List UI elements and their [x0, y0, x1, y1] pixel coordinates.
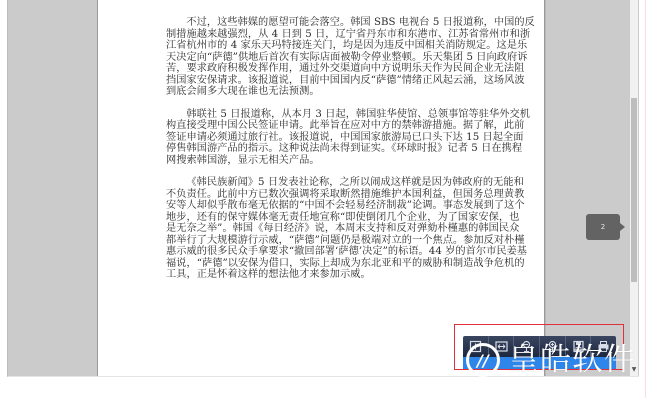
vertical-scrollbar[interactable]: ▼: [630, 0, 638, 376]
text-line: 都举行了大规模游行示威，“萨德”问题仍是极端对立的一个焦点。参加反对朴槿: [166, 235, 482, 247]
text-line: 地步，还有的保守媒体毫无责任地宣称“即使倒闭几个企业，为了国家安保，也: [166, 212, 482, 224]
text-line: 工具，正是怀着这样的想法他才来参加示威。: [166, 269, 482, 281]
text-line: 福说，“萨德”以安保为借口，实际上却成为东北亚和平的威胁和制造战争危机的: [166, 258, 482, 270]
text-line: 惠示威的很多民众手拿要求“撤回部署‘萨德’决定”的标语。44 岁的首尔市民姜基: [166, 246, 482, 258]
page-number-indicator: 2: [586, 214, 620, 240]
document-page: 不过，这些韩媒的愿望可能会落空。韩国 SBS 电视台 5 日报道称，中国的反 制…: [97, 0, 545, 376]
paragraph-2: 韩联社 5 日报道称，从本月 3 日起，韩国驻华使馆、总领事馆等驻华外交机 构直…: [166, 109, 482, 167]
text-line: 不过，这些韩媒的愿望可能会落空。韩国 SBS 电视台 5 日报道称，中国的反: [166, 17, 482, 29]
text-line: 制措施越来越强烈，从 4 日到 5 日，辽宁省丹东市和东港市、江苏省常州市和浙: [166, 29, 482, 41]
text-line: 构直接受理中国公民签证申请。此举旨在应对中方的禁韩游措施。据了解，此前: [166, 120, 482, 132]
text-line: 天决定向“萨德”供地后首次有实际店面被勒令停业整顿。乐天集团 5 日向政府诉: [166, 52, 482, 64]
page-content: 不过，这些韩媒的愿望可能会落空。韩国 SBS 电视台 5 日报道称，中国的反 制…: [166, 17, 482, 292]
text-line: 安等人却似乎散布毫无依据的“中国不会轻易经济制裁”论调。事态发展到了这个: [166, 200, 482, 212]
text-line: 不负责任。此前中方已数次强调将采取断然措施维护本国利益，但国务总理黄教: [166, 189, 482, 201]
text-line: 网搜索韩国游，显示无相关产品。: [166, 155, 482, 167]
scrollbar-thumb[interactable]: [631, 98, 637, 282]
text-line: 苦，要求政府积极发挥作用，通过外交渠道向中方说明乐天作为民间企业无法阻: [166, 63, 482, 75]
text-line: 是无奈之举”。韩国《每日经济》说，本周末支持和反对弹劾朴槿惠的韩国民众: [166, 223, 482, 235]
document-viewer: 不过，这些韩媒的愿望可能会落空。韩国 SBS 电视台 5 日报道称，中国的反 制…: [7, 0, 639, 377]
toolbar-highlight-annotation: [454, 324, 624, 370]
paragraph-1: 不过，这些韩媒的愿望可能会落空。韩国 SBS 电视台 5 日报道称，中国的反 制…: [166, 17, 482, 98]
text-line: 《韩民族新闻》5 日发表社论称，之所以闹成这样就是因为韩政府的无能和: [166, 177, 482, 189]
text-line: 挡国家安保请求。该报道说，目前中国国内反“萨德”情绪正风起云涌，这场风波: [166, 75, 482, 87]
text-line: 停售韩国游产品的指示。这种说法尚未得到证实。《环球时报》记者 5 日在携程: [166, 143, 482, 155]
scroll-down-arrow-icon[interactable]: ▼: [630, 366, 638, 374]
text-line: 韩联社 5 日报道称，从本月 3 日起，韩国驻华使馆、总领事馆等驻华外交机: [166, 109, 482, 121]
text-line: 江省杭州市的 4 家乐天玛特接连关门，均是因为违反中国相关消防规定。这是乐: [166, 40, 482, 52]
text-line: 签证申请必须通过旅行社。该报道说，中国国家旅游局已口头下达 15 日起全面: [166, 132, 482, 144]
paragraph-3: 《韩民族新闻》5 日发表社论称，之所以闹成这样就是因为韩政府的无能和 不负责任。…: [166, 177, 482, 281]
window-edge: [645, 0, 650, 398]
text-line: 到底会闹多大现在谁也无法预测。: [166, 86, 482, 98]
